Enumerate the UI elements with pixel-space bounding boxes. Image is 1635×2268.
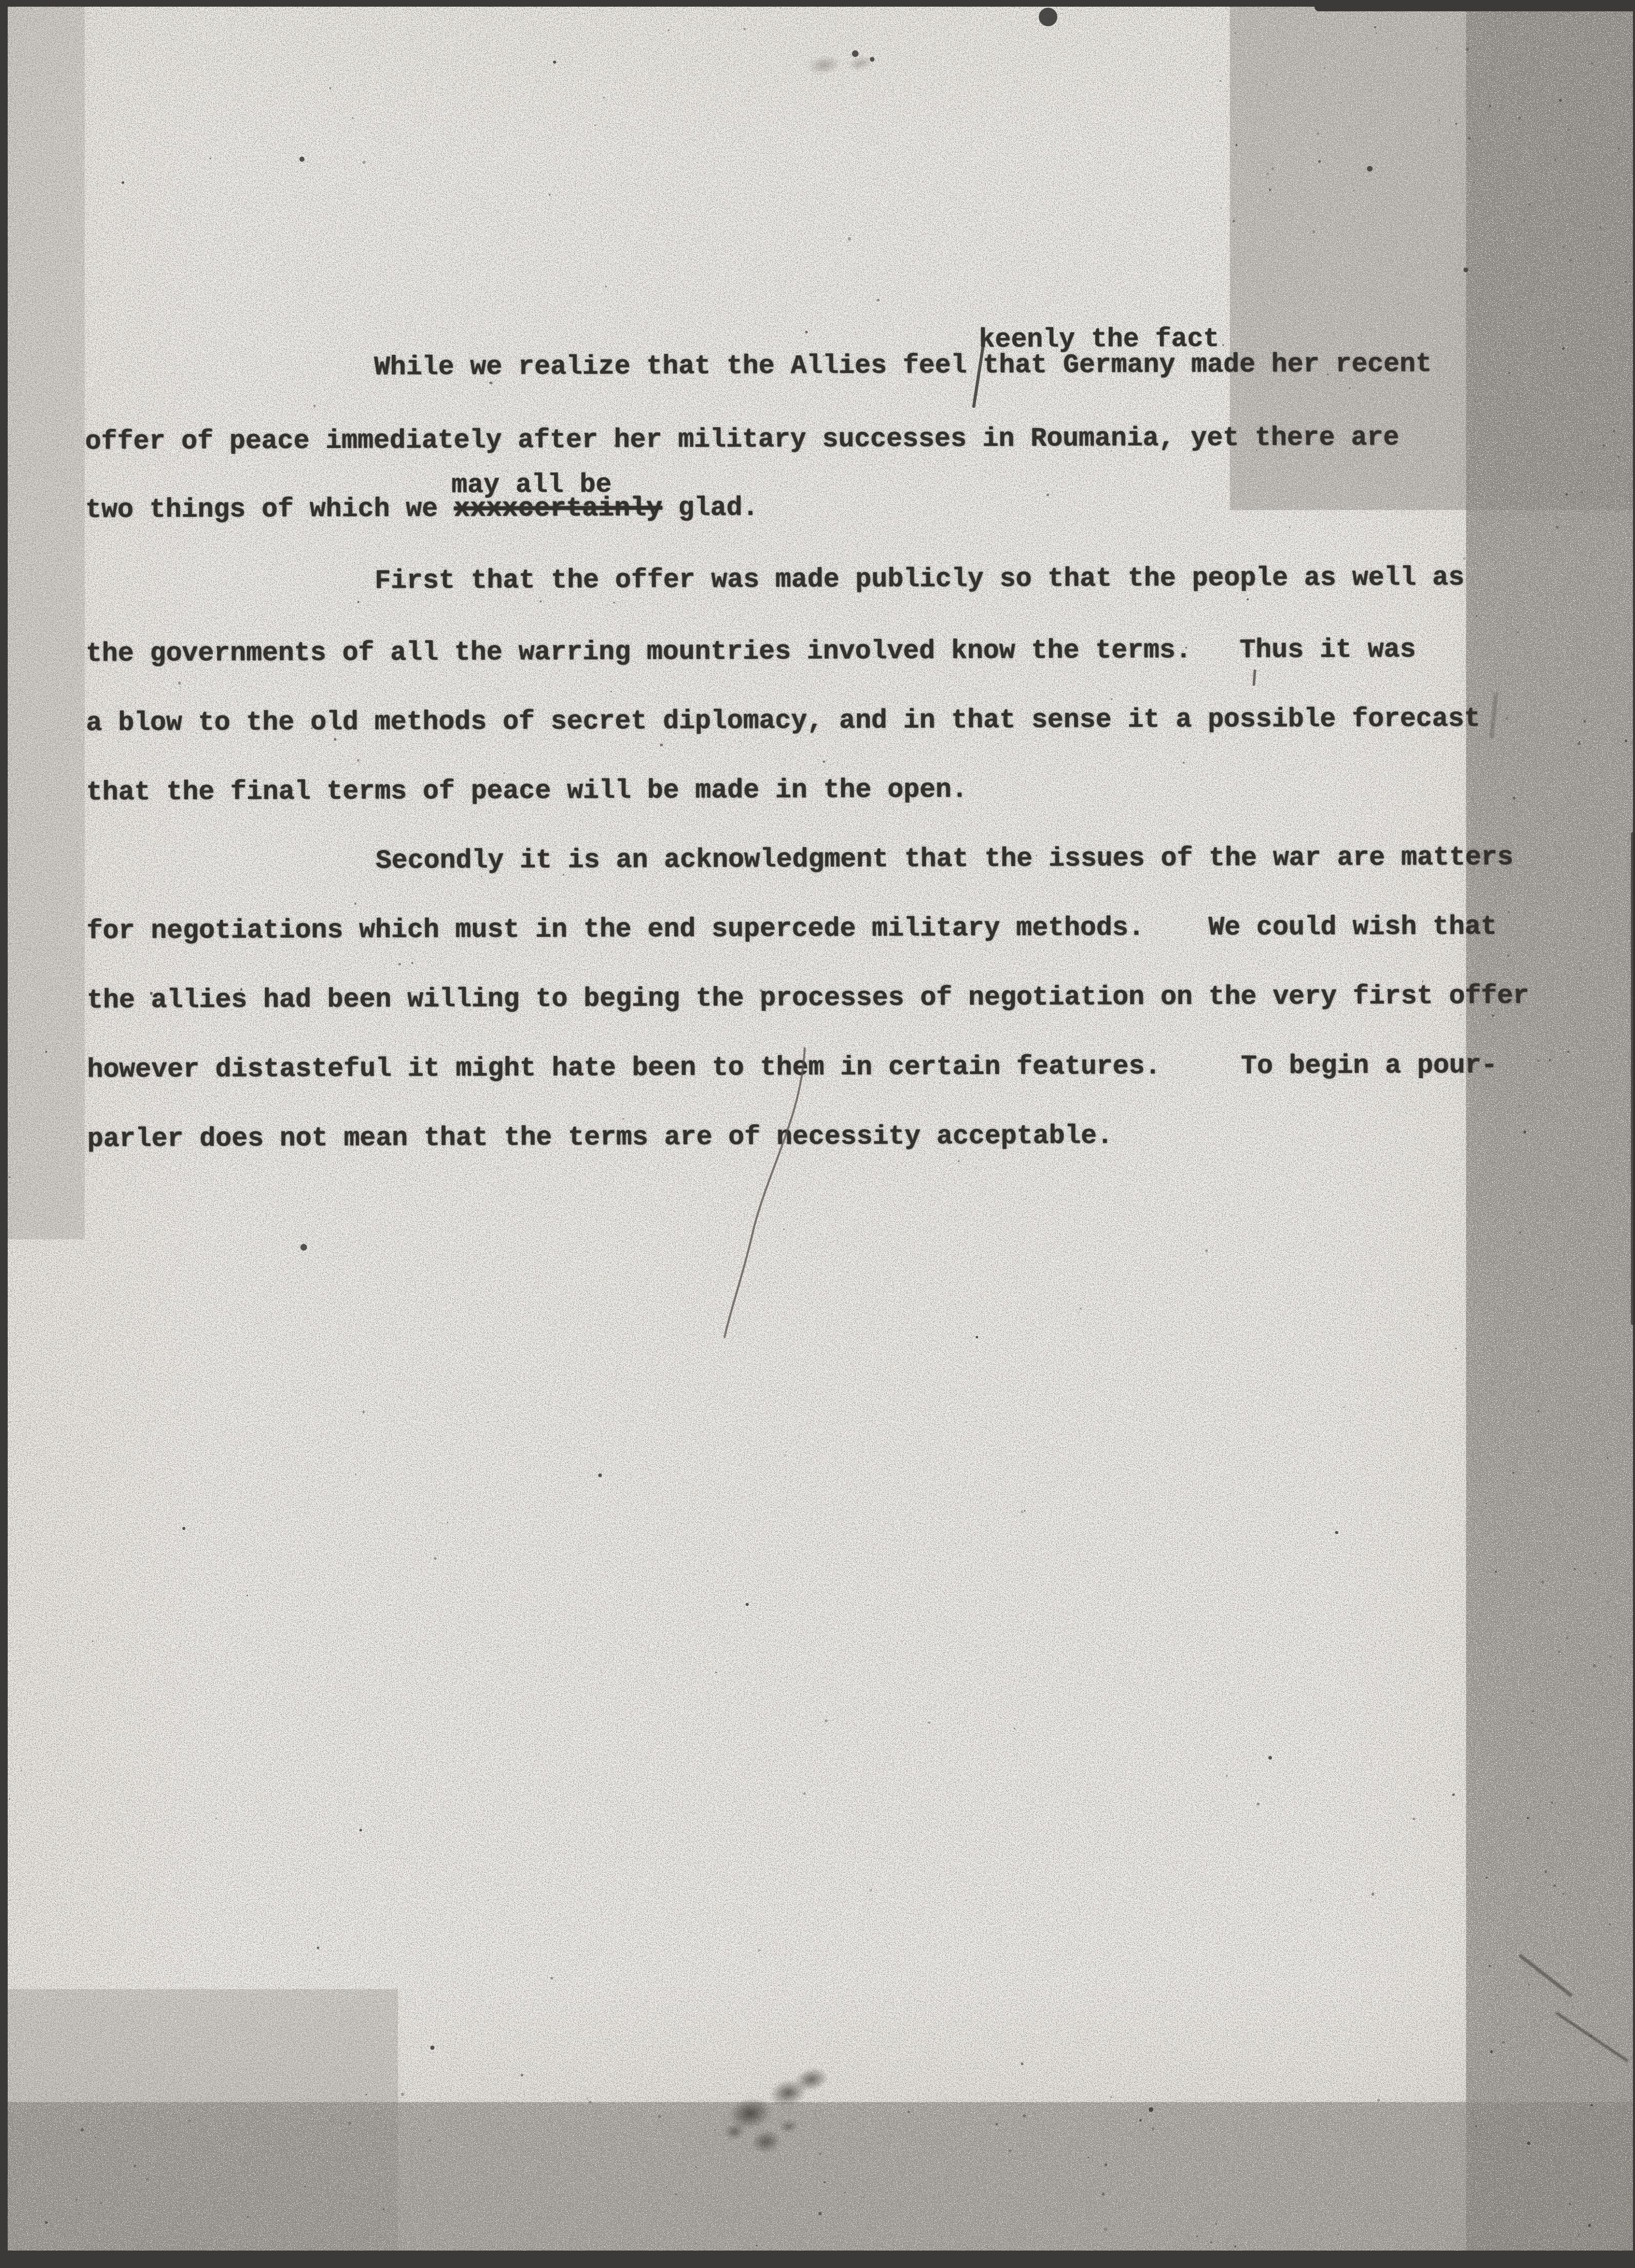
dust-speck	[1590, 2035, 1592, 2037]
dust-speck	[1528, 203, 1531, 206]
dust-speck	[1518, 117, 1521, 119]
dust-speck	[1492, 1014, 1494, 1017]
dust-speck	[1511, 617, 1512, 618]
dust-speck	[363, 161, 365, 163]
scan-border-bottom	[0, 2251, 1635, 2268]
dust-speck	[357, 601, 359, 603]
dust-speck	[877, 299, 879, 301]
dust-speck	[928, 1722, 930, 1724]
dust-speck	[1517, 43, 1518, 44]
dust-speck	[1436, 47, 1437, 49]
dust-speck	[819, 2212, 822, 2215]
typed-line: offer of peace immediately after her mil…	[85, 422, 1399, 457]
dust-speck	[758, 1949, 761, 1952]
dust-speck	[1338, 2234, 1339, 2235]
dust-speck	[598, 1473, 602, 1477]
dust-speck	[824, 2181, 826, 2183]
dust-speck	[1335, 1531, 1338, 1534]
dust-speck	[1486, 1877, 1488, 1879]
scan-border-left	[0, 0, 8, 2268]
dust-speck	[1603, 444, 1605, 446]
dust-speck	[1205, 1250, 1208, 1252]
dust-speck	[8, 1176, 11, 1179]
dust-speck	[329, 87, 331, 89]
dust-speck	[1221, 705, 1222, 706]
dust-speck	[922, 1461, 923, 1462]
dust-speck	[434, 1557, 436, 1560]
dust-speck	[1508, 911, 1510, 914]
dust-speck	[1239, 2170, 1240, 2171]
dust-speck	[1475, 2125, 1477, 2127]
dust-speck	[1455, 123, 1457, 125]
dust-speck	[1039, 8, 1057, 26]
dust-speck	[611, 691, 612, 692]
dust-speck	[1554, 159, 1556, 161]
dust-speck	[1047, 494, 1049, 496]
dust-speck	[447, 1522, 448, 1523]
dust-speck	[769, 1010, 770, 1011]
dust-speck	[246, 1595, 248, 1596]
dust-speck	[1183, 762, 1185, 764]
dust-speck	[357, 759, 359, 762]
dust-speck	[1152, 2127, 1154, 2130]
dust-speck	[1553, 817, 1554, 819]
dust-speck	[1508, 372, 1510, 374]
dust-speck	[658, 2115, 661, 2118]
dust-speck	[1343, 1406, 1345, 1408]
dust-speck	[1340, 102, 1342, 104]
dust-speck	[844, 2191, 846, 2193]
dust-speck	[134, 2165, 136, 2167]
dust-speck	[1579, 741, 1581, 743]
dust-speck	[1559, 99, 1562, 102]
dust-speck	[21, 1769, 22, 1771]
dust-speck	[1268, 1756, 1272, 1760]
dust-speck	[1566, 1637, 1568, 1639]
dust-speck	[1507, 955, 1509, 957]
dust-speck	[1111, 698, 1113, 700]
dust-speck	[852, 50, 859, 57]
dust-speck	[182, 1527, 185, 1530]
interlinear-insertion: keenly the fact	[979, 324, 1219, 355]
scan-border-right-sliver	[1631, 832, 1635, 1325]
dust-speck	[976, 1336, 978, 1338]
dust-speck	[300, 1244, 307, 1251]
scan-border-top-right	[1315, 0, 1635, 11]
dust-speck	[45, 2221, 47, 2224]
dust-speck	[759, 989, 762, 992]
dust-speck	[586, 2098, 588, 2100]
typed-line: the governments of all the warring mount…	[86, 634, 1416, 669]
dust-speck	[359, 1829, 362, 1831]
dust-speck	[240, 988, 243, 991]
dust-speck	[825, 1719, 827, 1722]
dust-speck	[366, 2094, 367, 2095]
dust-speck	[355, 1473, 356, 1475]
dust-speck	[1196, 2236, 1198, 2237]
dust-speck	[1269, 188, 1271, 191]
dust-speck	[430, 2046, 434, 2050]
dust-speck	[695, 2243, 696, 2244]
dust-speck	[401, 2093, 404, 2096]
dust-speck	[1551, 1289, 1553, 1291]
dust-speck	[1609, 1655, 1611, 1657]
dust-speck	[744, 28, 746, 30]
dust-speck	[1247, 598, 1249, 600]
dust-speck	[363, 1411, 365, 1413]
dust-speck	[1527, 2142, 1530, 2145]
dust-speck	[863, 2197, 864, 2198]
dust-speck	[1625, 740, 1627, 742]
dust-speck	[1517, 393, 1518, 394]
dust-speck	[146, 2178, 148, 2181]
dust-speck	[1562, 347, 1564, 349]
typed-line: that the final terms of peace will be ma…	[86, 774, 967, 807]
dust-speck	[1607, 1457, 1609, 1459]
dust-speck	[1024, 1510, 1025, 1511]
dust-speck	[311, 727, 312, 728]
typed-text: glad.	[662, 493, 758, 523]
dust-speck	[869, 1889, 872, 1892]
dust-speck	[1139, 2119, 1142, 2122]
dust-speck	[1497, 1995, 1498, 1996]
dust-speck	[1620, 1372, 1621, 1373]
dust-speck	[756, 2245, 757, 2246]
dust-speck	[1566, 493, 1568, 496]
dust-speck	[1215, 2223, 1216, 2224]
dust-speck	[29, 2162, 30, 2163]
typed-text: two things of which we	[85, 494, 454, 525]
dust-speck	[1014, 1728, 1015, 1729]
typed-line: First that the offer was made publicly s…	[375, 562, 1465, 596]
dust-speck	[540, 600, 542, 602]
dust-speck	[1230, 712, 1232, 713]
dust-speck	[1580, 969, 1582, 971]
dust-speck	[1104, 2228, 1107, 2231]
dust-speck	[1556, 526, 1558, 528]
dust-speck	[1079, 1308, 1081, 1310]
dust-speck	[1574, 1568, 1576, 1570]
dust-speck	[614, 444, 617, 447]
dust-speck	[1506, 717, 1508, 720]
dust-speck	[1489, 105, 1491, 107]
interlinear-insertion: may all be	[451, 469, 612, 500]
dust-speck	[1486, 1503, 1487, 1504]
dust-speck	[1021, 2063, 1023, 2065]
dust-speck	[1584, 720, 1586, 723]
dust-speck	[1593, 1664, 1596, 1667]
dust-speck	[1549, 1059, 1551, 1061]
dust-speck	[398, 963, 401, 966]
typed-line: for negotiations which must in the end s…	[87, 912, 1497, 947]
dust-speck	[675, 1008, 678, 1010]
typed-line-with-strikeout: two things of which we xxxxcertainly gla…	[85, 493, 758, 525]
dust-speck	[1372, 1893, 1374, 1895]
dust-speck	[1313, 231, 1315, 233]
dust-speck	[1110, 2096, 1112, 2099]
dust-speck	[1476, 615, 1477, 617]
dust-speck	[1542, 1581, 1544, 1583]
dust-speck	[1502, 2041, 1504, 2043]
dust-speck	[122, 181, 124, 184]
dust-speck	[1618, 148, 1620, 149]
dust-speck	[1537, 1060, 1539, 1062]
dust-speck	[1185, 647, 1187, 649]
dust-speck	[1618, 456, 1619, 457]
dust-speck	[1036, 855, 1037, 856]
dust-speck	[1582, 1200, 1583, 1201]
dust-speck	[848, 237, 850, 240]
dust-speck	[1256, 449, 1258, 451]
dust-speck	[783, 1228, 785, 1230]
dust-speck	[81, 2128, 83, 2131]
dust-speck	[1490, 2050, 1493, 2053]
dust-speck	[1517, 631, 1519, 633]
dust-speck	[1599, 226, 1602, 229]
dust-speck	[503, 772, 505, 774]
dust-speck	[1537, 1410, 1539, 1412]
dust-speck	[1111, 450, 1112, 451]
dust-speck	[1466, 48, 1469, 51]
dust-speck	[354, 902, 356, 904]
dust-speck	[622, 1118, 624, 1120]
dust-speck	[1257, 1803, 1259, 1805]
dust-speck	[996, 2123, 997, 2125]
dust-speck	[553, 61, 556, 64]
dust-speck	[1422, 980, 1424, 982]
dust-speck	[1558, 1651, 1560, 1653]
dust-speck	[1527, 1817, 1529, 1819]
typed-line: parler does not mean that the terms are …	[87, 1121, 1113, 1154]
dust-speck	[261, 870, 262, 871]
dust-speck	[1531, 1722, 1533, 1724]
dust-speck	[148, 2147, 149, 2148]
dust-speck	[668, 29, 669, 31]
dust-speck	[100, 2202, 102, 2205]
dust-speck	[746, 1603, 749, 1606]
dust-speck	[1513, 797, 1516, 800]
dust-speck	[1463, 268, 1468, 272]
typed-line: While we realize that the Allies feel th…	[374, 349, 1432, 382]
dust-speck	[1232, 220, 1235, 222]
dust-speck	[1452, 1793, 1455, 1796]
dust-speck	[549, 194, 550, 195]
dust-speck	[1551, 1802, 1553, 1804]
dust-speck	[299, 157, 305, 162]
dust-speck	[429, 2139, 431, 2141]
dust-speck	[1613, 430, 1615, 432]
dust-speck	[527, 793, 528, 794]
dust-speck	[1273, 290, 1275, 292]
dust-speck	[1367, 166, 1373, 172]
dust-speck	[1553, 1884, 1556, 1887]
dust-speck	[803, 1792, 806, 1795]
dust-speck	[563, 874, 564, 876]
typed-line: a blow to the old methods of secret dipl…	[86, 704, 1480, 739]
dust-speck	[715, 1672, 717, 1673]
dust-speck	[1318, 160, 1321, 163]
dust-speck	[1374, 26, 1376, 28]
typewritten-text: While we realize that the Allies feel th…	[4, 4, 1635, 2253]
dust-speck	[1226, 1775, 1228, 1777]
dust-speck	[593, 1003, 594, 1005]
typed-line: the allies had been willing to beging th…	[87, 981, 1529, 1016]
dust-speck	[244, 1066, 245, 1067]
dust-speck	[188, 2120, 190, 2122]
dust-speck	[1588, 2224, 1591, 2227]
dust-speck	[1009, 2149, 1011, 2152]
typed-line: however distasteful it might hate been t…	[87, 1050, 1497, 1085]
dust-speck	[100, 2124, 101, 2125]
dust-speck	[1567, 1051, 1569, 1053]
dust-speck	[305, 2186, 306, 2187]
dust-speck	[1528, 1983, 1529, 1985]
dust-speck	[178, 682, 181, 684]
dust-speck	[334, 738, 336, 740]
scanned-page: While we realize that the Allies feel th…	[0, 0, 1635, 2268]
dust-speck	[1271, 167, 1274, 170]
typed-line: Secondly it is an acknowledgment that th…	[375, 842, 1513, 876]
dust-speck	[1594, 1572, 1596, 1574]
dust-speck	[1590, 2104, 1592, 2106]
dust-speck	[215, 1818, 217, 1819]
dust-speck	[660, 744, 662, 746]
dust-speck	[739, 741, 741, 742]
dust-speck	[1289, 526, 1291, 528]
stray-tick-mark	[1252, 669, 1256, 686]
dust-speck	[1234, 2245, 1237, 2247]
dust-speck	[1558, 1814, 1560, 1815]
dust-speck	[1569, 2203, 1570, 2204]
paper: While we realize that the Allies feel th…	[8, 7, 1633, 2251]
dust-speck	[1563, 1893, 1564, 1895]
dust-speck	[1149, 2107, 1153, 2112]
dust-speck	[489, 382, 492, 384]
dust-speck	[521, 2074, 523, 2076]
dust-speck	[1023, 2114, 1026, 2118]
dust-speck	[870, 57, 874, 62]
dust-speck	[1460, 1014, 1461, 1016]
